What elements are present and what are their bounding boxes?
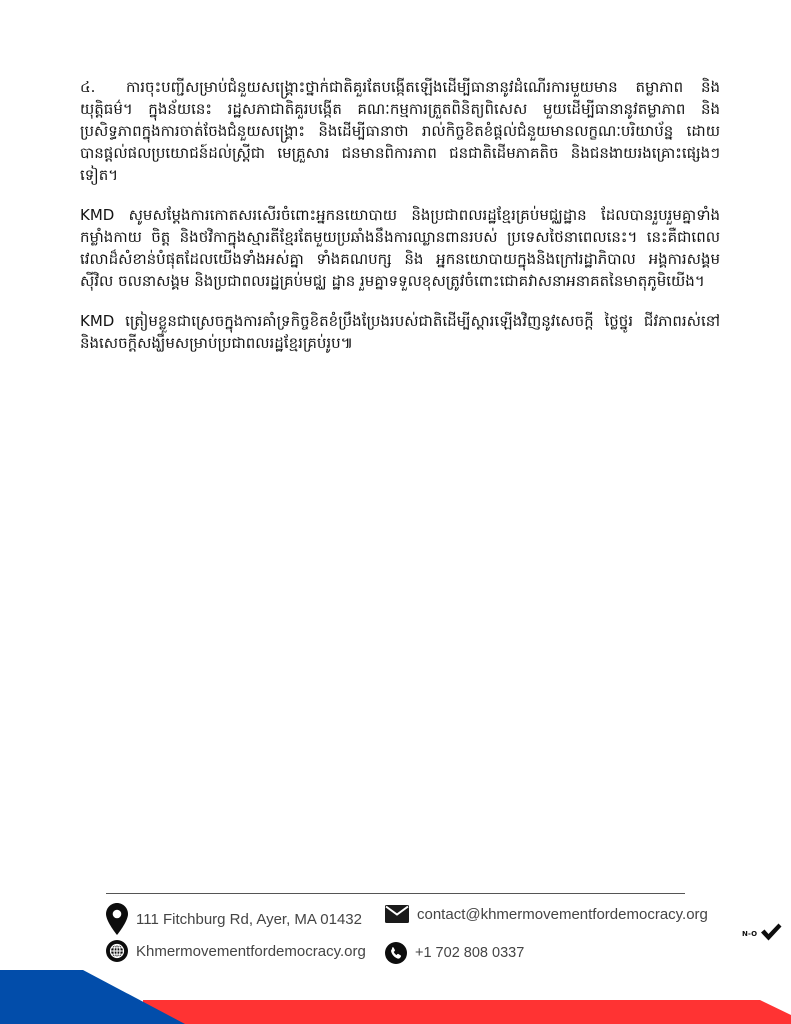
banner-blue-stripe [0, 970, 185, 1024]
paragraph-text: KMD ត្រៀមខ្លួនជាស្រេចក្នុងការគាំទ្រកិច្ច… [80, 312, 720, 352]
email-link[interactable]: contact@khmermovementfordemocracy.org [417, 906, 708, 923]
document-body: ៤.ការចុះបញ្ជីសម្រាប់ជំនួយសង្គ្រោះថ្នាក់ជ… [80, 76, 720, 372]
footer-divider [106, 893, 685, 894]
brand-mark-text: N-O [742, 930, 757, 938]
paragraph-text: ការចុះបញ្ជីសម្រាប់ជំនួយសង្គ្រោះថ្នាក់ជាត… [80, 78, 720, 184]
address-text: 111 Fitchburg Rd, Ayer, MA 01432 [136, 911, 362, 928]
checkmark-icon [760, 923, 782, 945]
brand-mark: N-O [742, 923, 782, 945]
paragraph-number: ៤. [80, 76, 126, 98]
paragraph-kmd-appreciation: KMD សូមសម្តែងការកោតសរសើរចំពោះអ្នកនយោបាយ … [80, 204, 720, 292]
flag-banner [0, 960, 791, 1024]
map-pin-icon [106, 903, 128, 935]
envelope-icon [385, 905, 409, 923]
document-page: ៤.ការចុះបញ្ជីសម្រាប់ជំនួយសង្គ្រោះថ្នាក់ជ… [0, 0, 791, 1024]
paragraph-text: KMD សូមសម្តែងការកោតសរសើរចំពោះអ្នកនយោបាយ … [80, 206, 720, 290]
paragraph-4: ៤.ការចុះបញ្ជីសម្រាប់ជំនួយសង្គ្រោះថ្នាក់ជ… [80, 76, 720, 186]
footer-email[interactable]: contact@khmermovementfordemocracy.org [385, 905, 708, 923]
globe-icon [106, 940, 128, 962]
paragraph-kmd-support: KMD ត្រៀមខ្លួនជាស្រេចក្នុងការគាំទ្រកិច្ច… [80, 310, 720, 354]
phone-text: +1 702 808 0337 [415, 945, 524, 961]
website-link[interactable]: Khmermovementfordemocracy.org [136, 943, 366, 960]
footer-website[interactable]: Khmermovementfordemocracy.org [106, 940, 366, 962]
footer-address: 111 Fitchburg Rd, Ayer, MA 01432 [106, 903, 362, 935]
banner-red-stripe [143, 1000, 791, 1024]
